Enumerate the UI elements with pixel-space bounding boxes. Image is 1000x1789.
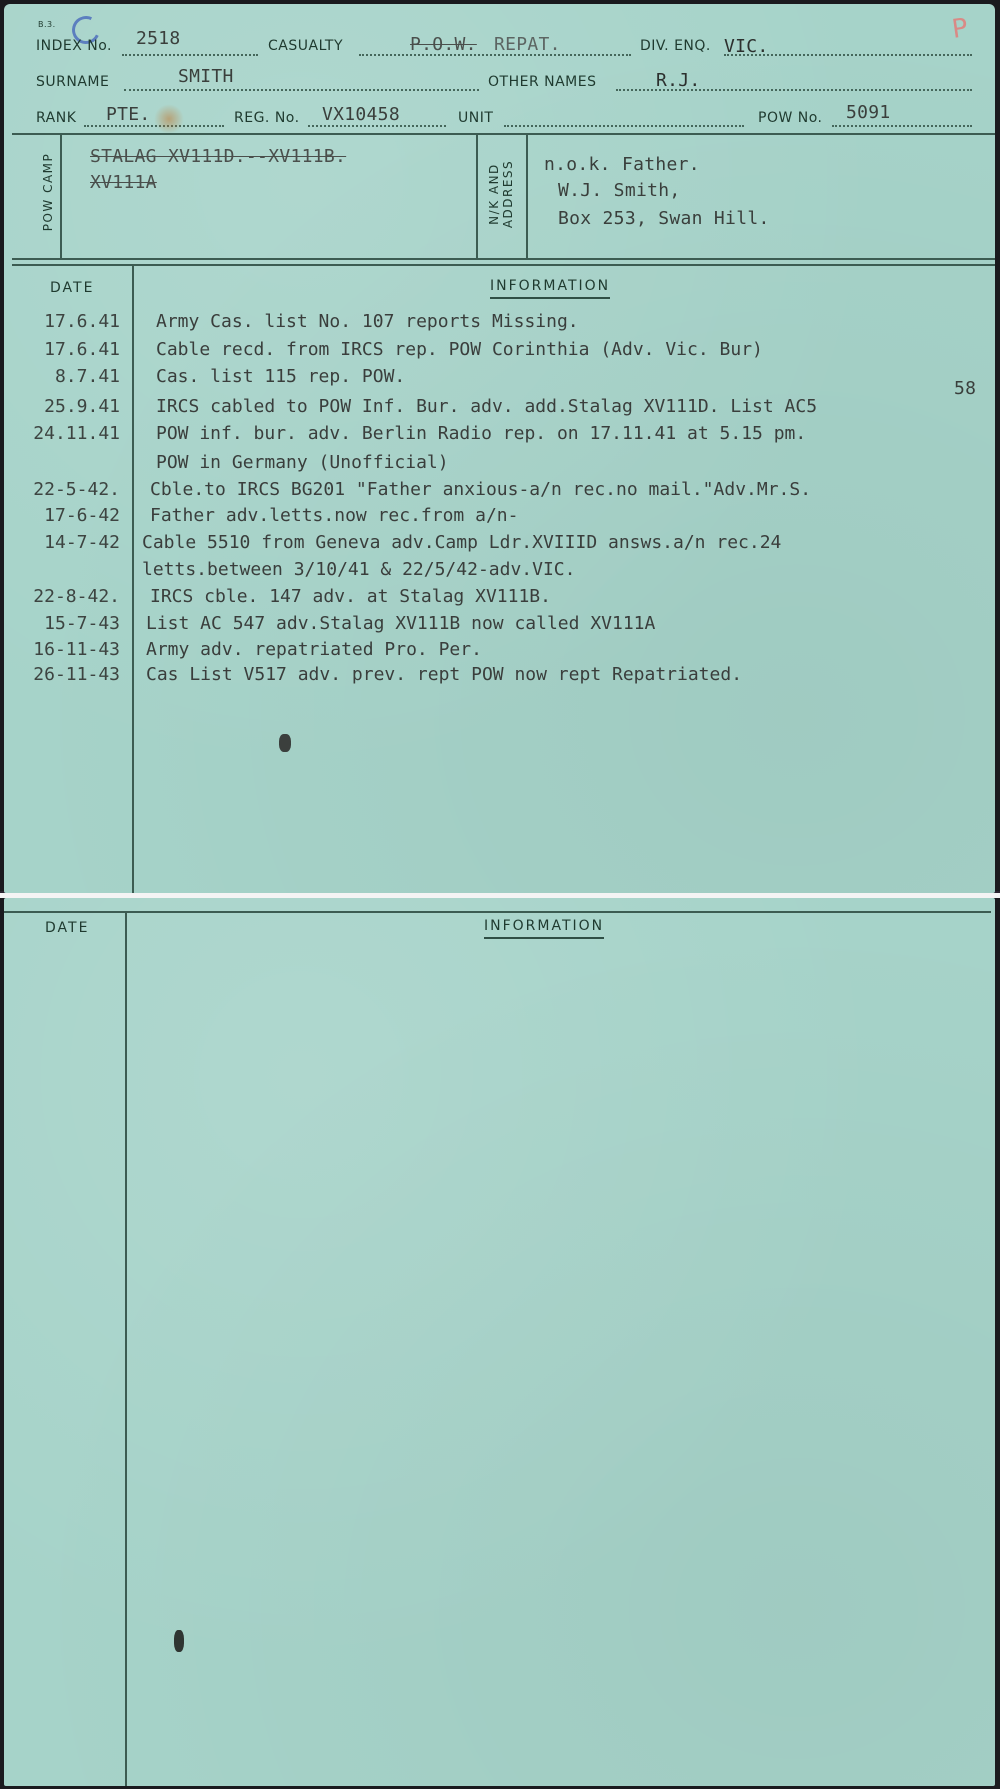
pow-index-card-front: B.3. P INDEX No. 2518 CASUALTY P.O.W. RE…	[4, 4, 995, 893]
nok-line-3: Box 253, Swan Hill.	[558, 208, 770, 229]
other-names-value: R.J.	[656, 70, 701, 91]
rank-value: PTE.	[106, 104, 151, 125]
row-information: Cble.to IRCS BG201 "Father anxious-a/n r…	[150, 479, 811, 500]
pow-index-card-back: DATE INFORMATION	[4, 898, 995, 1786]
rank-label: RANK	[36, 110, 76, 126]
pow-camp-divider	[60, 135, 62, 259]
row-date: 17.6.41	[44, 339, 120, 360]
date-column-divider	[132, 266, 134, 893]
row-information: letts.between 3/10/41 & 22/5/42-adv.VIC.	[142, 559, 575, 580]
pow-camp-line-2: XV111A	[90, 172, 157, 193]
reg-no-dots	[308, 125, 446, 127]
row-information: Cas List V517 adv. prev. rept POW now re…	[146, 664, 742, 685]
other-names-dots	[616, 89, 972, 91]
row-information: POW in Germany (Unofficial)	[156, 452, 449, 473]
rule-double-top	[12, 258, 995, 260]
row-date: 17-6-42	[44, 505, 120, 526]
row-information: POW inf. bur. adv. Berlin Radio rep. on …	[156, 423, 806, 444]
form-code: B.3.	[38, 20, 56, 29]
date-header: DATE	[45, 920, 89, 936]
row-information: IRCS cble. 147 adv. at Stalag XV111B.	[150, 586, 551, 607]
row-information: IRCS cabled to POW Inf. Bur. adv. add.St…	[156, 396, 817, 417]
casualty-dots	[359, 54, 631, 56]
rule-top	[12, 133, 995, 135]
row-information: Army adv. repatriated Pro. Per.	[146, 639, 482, 660]
ink-spot	[174, 1630, 184, 1652]
ink-blot	[279, 734, 291, 752]
row-information: Army Cas. list No. 107 reports Missing.	[156, 311, 579, 332]
unit-label: UNIT	[458, 110, 493, 126]
date-header: DATE	[50, 280, 94, 296]
index-no-value: 2518	[136, 28, 181, 49]
nok-divider-right	[526, 135, 528, 259]
row-date: 17.6.41	[44, 311, 120, 332]
row-date: 16-11-43	[33, 639, 120, 660]
rule-top	[4, 911, 991, 913]
casualty-struck-value: P.O.W.	[410, 34, 477, 55]
rank-dots	[84, 125, 224, 127]
div-enq-label: DIV. ENQ.	[640, 38, 711, 54]
casualty-value: REPAT.	[494, 34, 561, 55]
reg-no-label: REG. No.	[234, 110, 300, 126]
nok-line-2: W.J. Smith,	[558, 180, 681, 201]
row-date: 14-7-42	[44, 532, 120, 553]
nok-line-1: n.o.k. Father.	[544, 154, 700, 175]
unit-dots	[504, 125, 744, 127]
pow-camp-label: POW CAMP	[41, 142, 55, 242]
pow-no-value: 5091	[846, 102, 891, 123]
index-no-dots	[122, 54, 258, 56]
nok-label: N/K AND ADDRESS	[487, 152, 515, 236]
pow-no-label: POW No.	[758, 110, 823, 126]
date-column-divider	[125, 913, 127, 1786]
row-date: 22-8-42.	[33, 586, 120, 607]
index-no-label: INDEX No.	[36, 38, 112, 54]
row-information: Cable 5510 from Geneva adv.Camp Ldr.XVII…	[142, 532, 781, 553]
other-names-label: OTHER NAMES	[488, 74, 596, 90]
surname-label: SURNAME	[36, 74, 109, 90]
nok-divider-left	[476, 135, 478, 259]
row-date: 15-7-43	[44, 613, 120, 634]
handwritten-p-mark: P	[950, 13, 970, 45]
row-information: Father adv.letts.now rec.from a/n-	[150, 505, 518, 526]
surname-value: SMITH	[178, 66, 234, 87]
nok-label-line-1: N/K AND	[487, 152, 501, 236]
row-information: List AC 547 adv.Stalag XV111B now called…	[146, 613, 655, 634]
surname-dots	[124, 89, 479, 91]
rust-stain	[154, 104, 184, 134]
row-date: 8.7.41	[55, 366, 120, 387]
row-date: 24.11.41	[33, 423, 120, 444]
casualty-label: CASUALTY	[268, 38, 343, 54]
information-header: INFORMATION	[490, 278, 610, 299]
reg-no-value: VX10458	[322, 104, 400, 125]
pow-camp-line-1: STALAG XV111D.--XV111B.	[90, 146, 346, 167]
row-information: Cable recd. from IRCS rep. POW Corinthia…	[156, 339, 763, 360]
nok-label-line-2: ADDRESS	[501, 152, 515, 236]
row-information: Cas. list 115 rep. POW.	[156, 366, 405, 387]
row-date: 22-5-42.	[33, 479, 120, 500]
div-enq-dots	[724, 54, 972, 56]
rule-double-bottom	[12, 264, 995, 266]
information-header: INFORMATION	[484, 918, 604, 939]
row-date: 25.9.41	[44, 396, 120, 417]
row-date: 26-11-43	[33, 664, 120, 685]
pow-no-dots	[832, 125, 972, 127]
margin-note: 58	[954, 378, 976, 399]
